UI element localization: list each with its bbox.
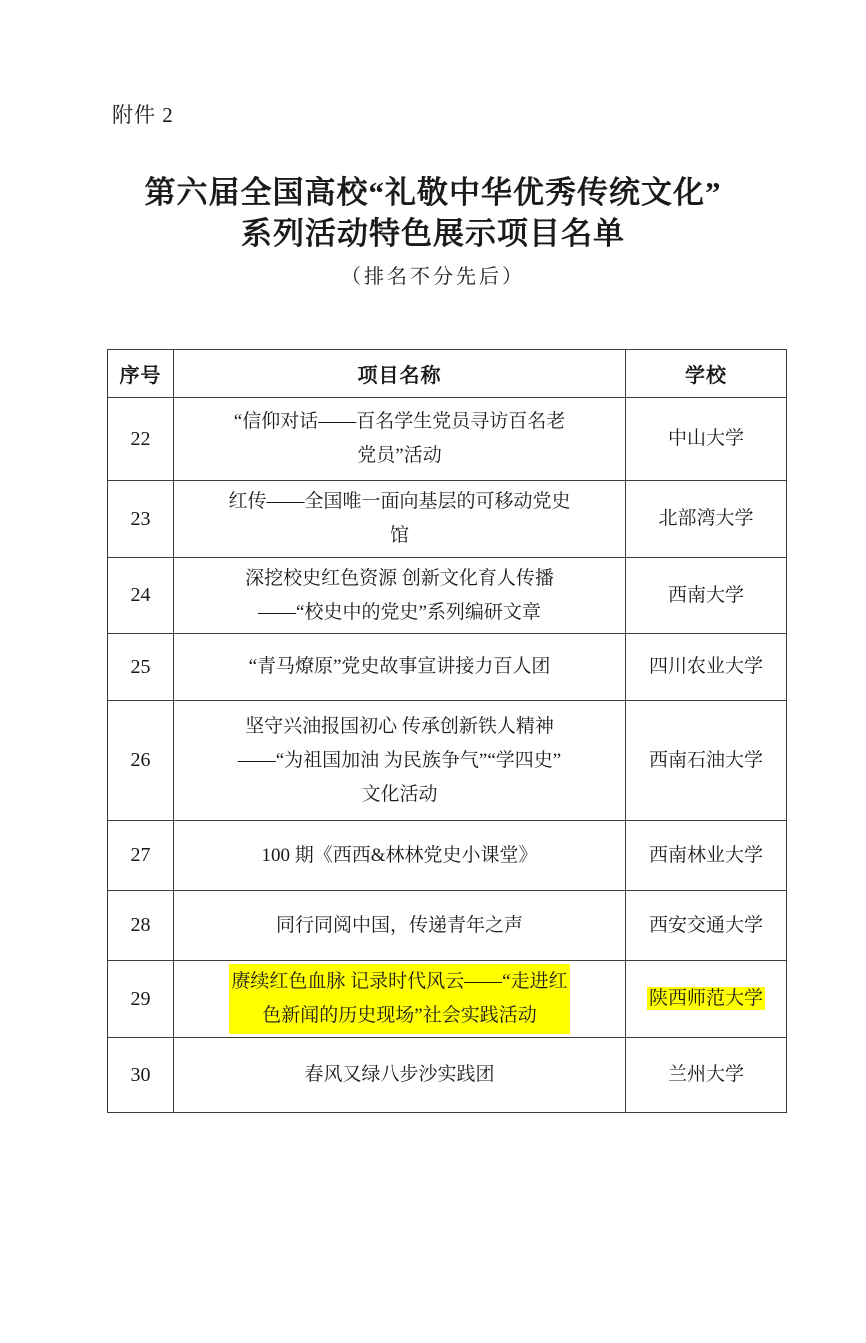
- row-number: 26: [108, 701, 174, 821]
- row-number: 22: [108, 398, 174, 481]
- project-name: 深挖校史红色资源 创新文化育人传播 ——“校史中的党史”系列编研文章: [245, 562, 554, 630]
- project-name-cell: 坚守兴油报国初心 传承创新铁人精神 ——“为祖国加油 为民族争气”“学四史” 文…: [174, 701, 626, 821]
- table-row: 28 同行同阅中国，传递青年之声 西安交通大学: [108, 891, 787, 961]
- row-number: 24: [108, 558, 174, 634]
- table-row: 24 深挖校史红色资源 创新文化育人传播 ——“校史中的党史”系列编研文章 西南…: [108, 558, 787, 634]
- school-name: 西安交通大学: [649, 915, 763, 936]
- project-name: 赓续红色血脉 记录时代风云——“走进红 色新闻的历史现场”社会实践活动: [229, 964, 569, 1034]
- school-cell: 北部湾大学: [626, 481, 787, 558]
- document-title-line2: 系列活动特色展示项目名单: [0, 213, 866, 254]
- project-name: 同行同阅中国，传递青年之声: [276, 909, 523, 943]
- school-cell: 陕西师范大学: [626, 961, 787, 1038]
- header-school: 学校: [626, 350, 787, 398]
- row-number: 29: [108, 961, 174, 1038]
- school-cell: 西南大学: [626, 558, 787, 634]
- project-name: 100 期《西西&林林党史小课堂》: [261, 839, 537, 873]
- project-name-cell: 100 期《西西&林林党史小课堂》: [174, 821, 626, 891]
- document-title: 第六届全国高校“礼敬中华优秀传统文化” 系列活动特色展示项目名单: [0, 172, 866, 254]
- school-cell: 中山大学: [626, 398, 787, 481]
- school-cell: 西南林业大学: [626, 821, 787, 891]
- school-cell: 西南石油大学: [626, 701, 787, 821]
- document-page: 附件 2 第六届全国高校“礼敬中华优秀传统文化” 系列活动特色展示项目名单 （排…: [0, 0, 866, 1343]
- row-number: 27: [108, 821, 174, 891]
- school-name: 中山大学: [668, 428, 744, 449]
- row-number: 28: [108, 891, 174, 961]
- project-name-cell: 红传——全国唯一面向基层的可移动党史 馆: [174, 481, 626, 558]
- header-project-name: 项目名称: [174, 350, 626, 398]
- row-number: 23: [108, 481, 174, 558]
- project-name-cell: 同行同阅中国，传递青年之声: [174, 891, 626, 961]
- row-number: 30: [108, 1038, 174, 1113]
- table-row: 29 赓续红色血脉 记录时代风云——“走进红 色新闻的历史现场”社会实践活动 陕…: [108, 961, 787, 1038]
- project-roster-table: 序号 项目名称 学校 22 “信仰对话——百名学生党员寻访百名老 党员”活动 中…: [107, 349, 787, 1113]
- project-name-cell: “青马燎原”党史故事宣讲接力百人团: [174, 634, 626, 701]
- school-name: 北部湾大学: [658, 508, 753, 529]
- school-name: 四川农业大学: [649, 656, 763, 677]
- table-row: 27 100 期《西西&林林党史小课堂》 西南林业大学: [108, 821, 787, 891]
- project-name: 坚守兴油报国初心 传承创新铁人精神 ——“为祖国加油 为民族争气”“学四史” 文…: [238, 710, 561, 812]
- header-serial-number: 序号: [108, 350, 174, 398]
- table-row: 22 “信仰对话——百名学生党员寻访百名老 党员”活动 中山大学: [108, 398, 787, 481]
- project-name-cell: “信仰对话——百名学生党员寻访百名老 党员”活动: [174, 398, 626, 481]
- project-name-cell: 春风又绿八步沙实践团: [174, 1038, 626, 1113]
- school-name: 兰州大学: [668, 1064, 744, 1085]
- document-subtitle: （排名不分先后）: [0, 260, 866, 289]
- project-name: “青马燎原”党史故事宣讲接力百人团: [249, 650, 551, 684]
- school-cell: 四川农业大学: [626, 634, 787, 701]
- project-name: 春风又绿八步沙实践团: [304, 1058, 494, 1092]
- school-name: 陕西师范大学: [647, 987, 765, 1010]
- table-header-row: 序号 项目名称 学校: [108, 350, 787, 398]
- project-name-cell: 深挖校史红色资源 创新文化育人传播 ——“校史中的党史”系列编研文章: [174, 558, 626, 634]
- project-name-cell: 赓续红色血脉 记录时代风云——“走进红 色新闻的历史现场”社会实践活动: [174, 961, 626, 1038]
- project-name: 红传——全国唯一面向基层的可移动党史 馆: [228, 485, 570, 553]
- table-body: 22 “信仰对话——百名学生党员寻访百名老 党员”活动 中山大学 23 红传——…: [108, 398, 787, 1113]
- table-row: 25 “青马燎原”党史故事宣讲接力百人团 四川农业大学: [108, 634, 787, 701]
- table-row: 30 春风又绿八步沙实践团 兰州大学: [108, 1038, 787, 1113]
- school-name: 西南大学: [668, 585, 744, 606]
- attachment-label: 附件 2: [112, 99, 174, 129]
- row-number: 25: [108, 634, 174, 701]
- school-cell: 兰州大学: [626, 1038, 787, 1113]
- school-name: 西南石油大学: [649, 750, 763, 771]
- table-row: 23 红传——全国唯一面向基层的可移动党史 馆 北部湾大学: [108, 481, 787, 558]
- table-row: 26 坚守兴油报国初心 传承创新铁人精神 ——“为祖国加油 为民族争气”“学四史…: [108, 701, 787, 821]
- document-title-line1: 第六届全国高校“礼敬中华优秀传统文化”: [0, 172, 866, 213]
- school-name: 西南林业大学: [649, 845, 763, 866]
- project-name: “信仰对话——百名学生党员寻访百名老 党员”活动: [234, 405, 565, 473]
- school-cell: 西安交通大学: [626, 891, 787, 961]
